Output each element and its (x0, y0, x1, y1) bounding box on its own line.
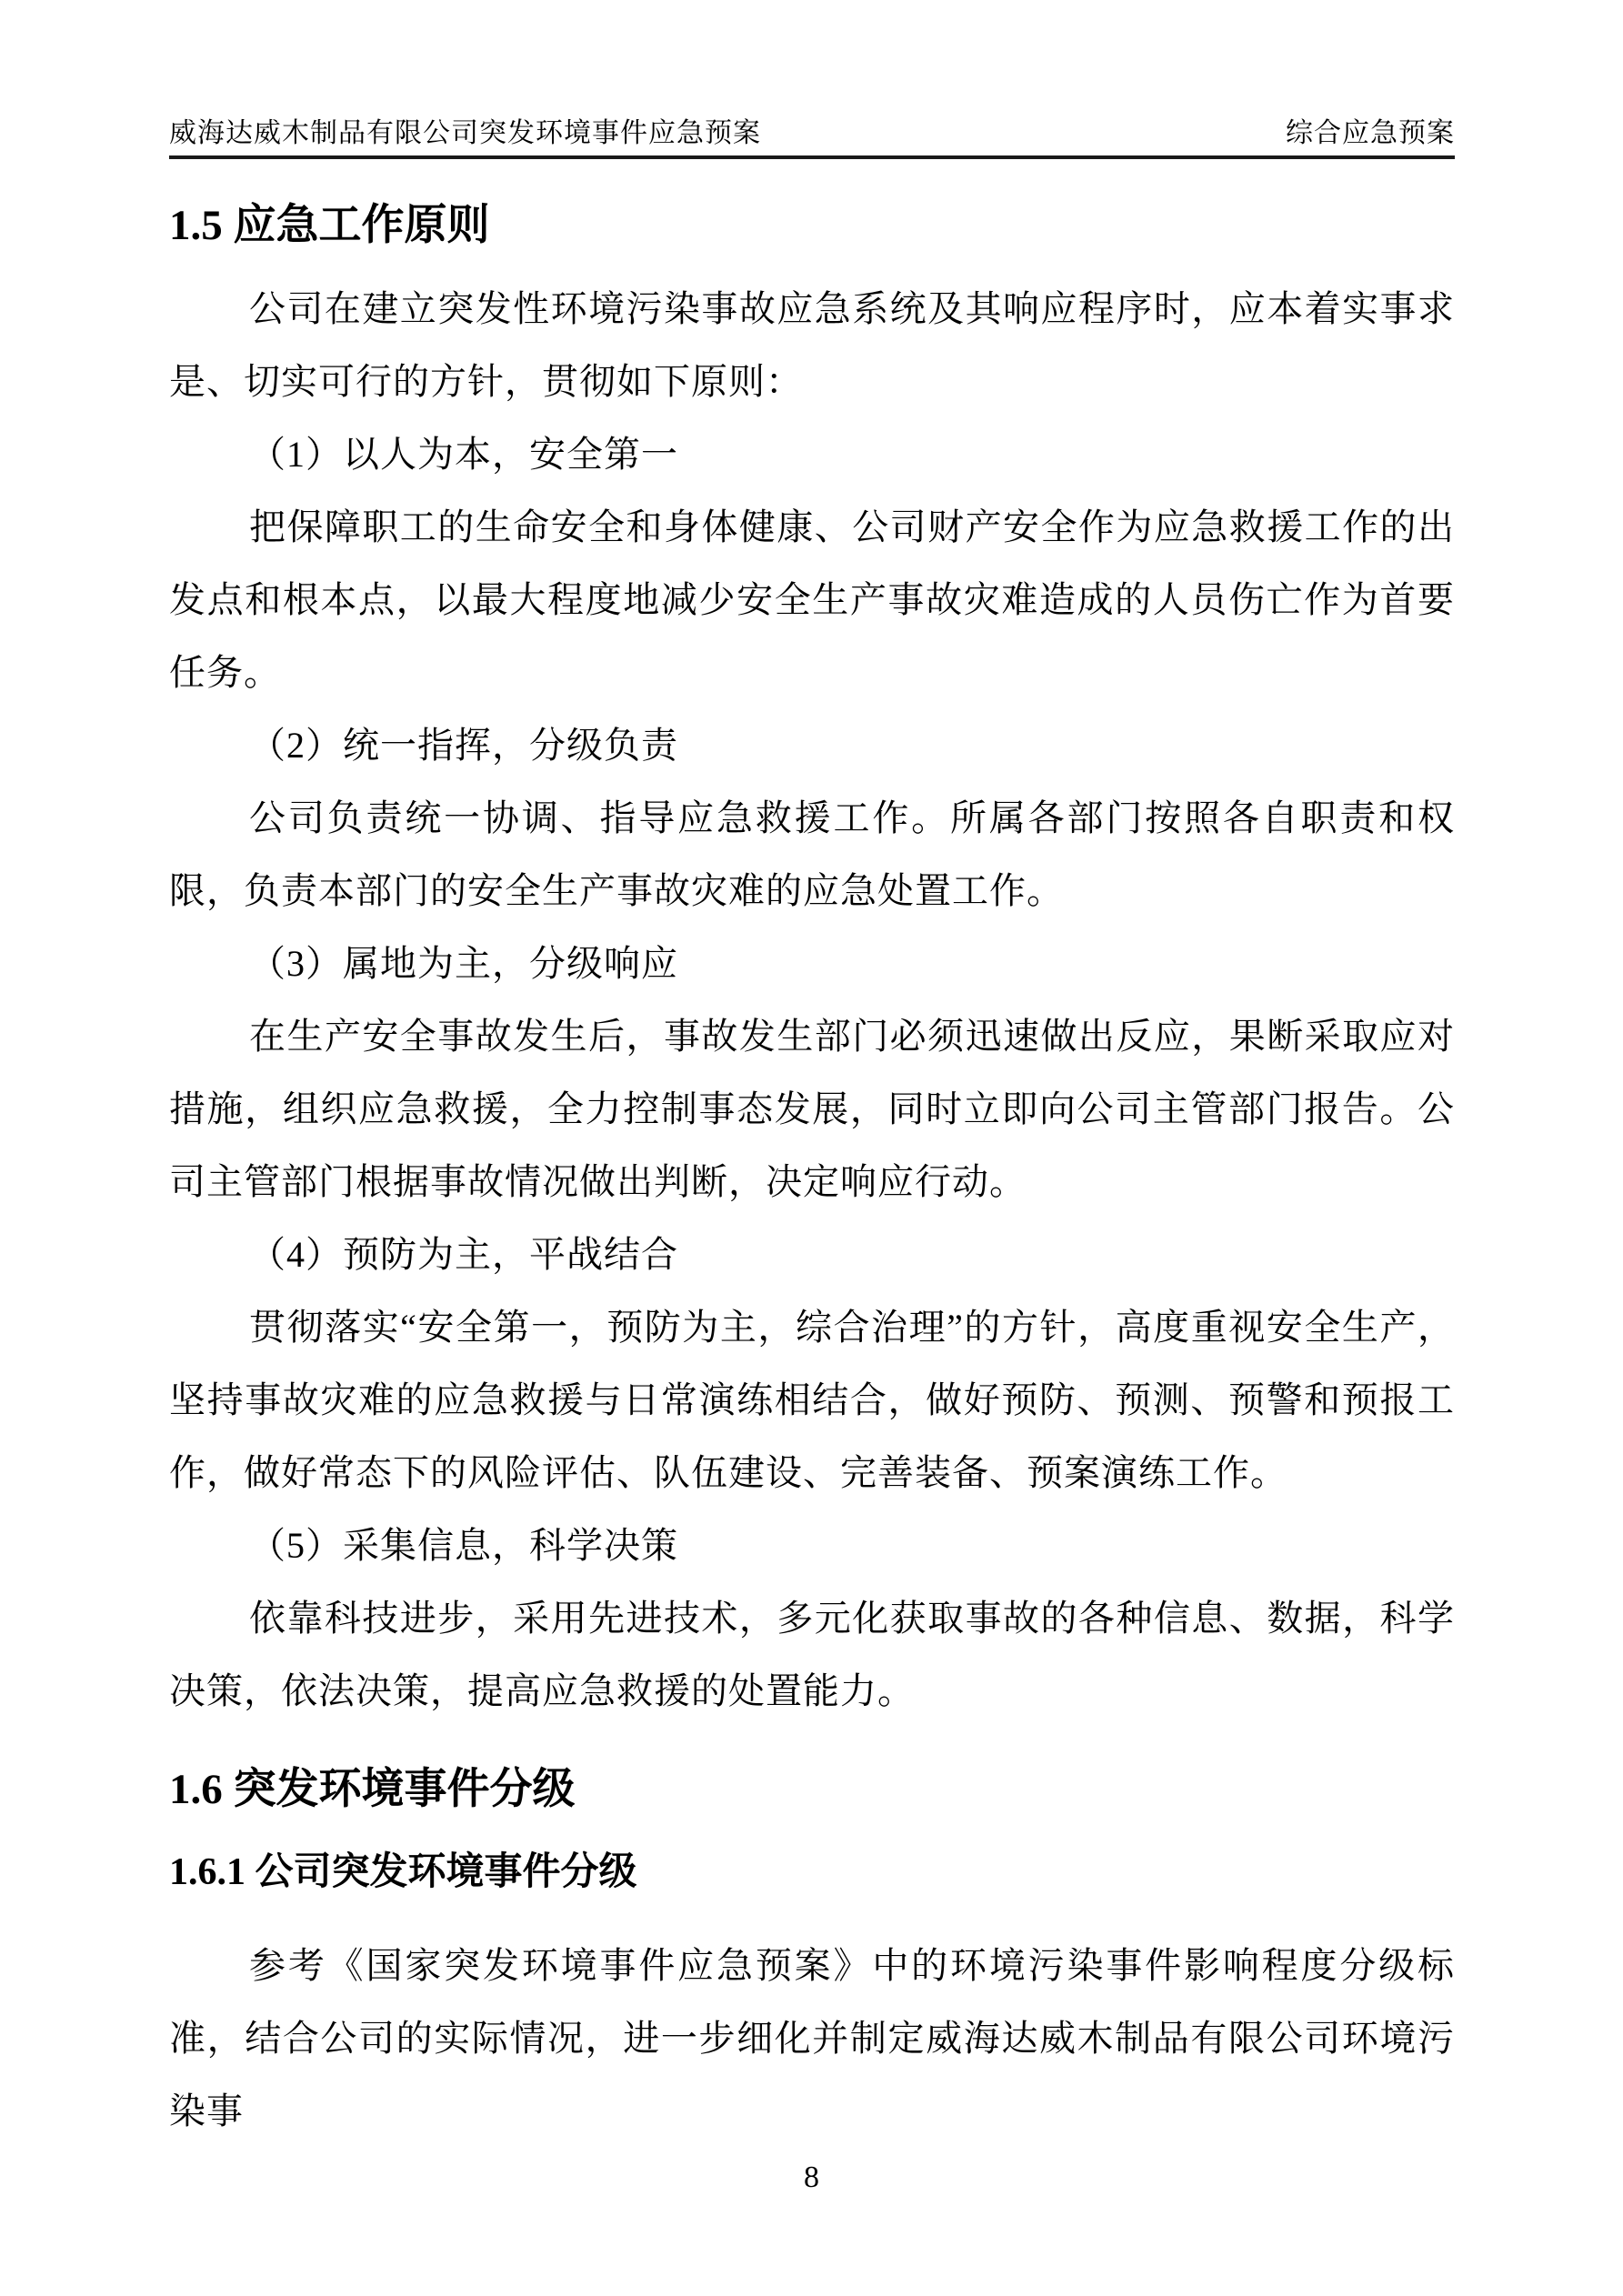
header-right-title: 综合应急预案 (1286, 116, 1455, 151)
list-item-4: （4）预防为主，平战结合 (169, 1218, 1455, 1291)
section-heading-1-6: 1.6 突发环境事件分级 (169, 1764, 1455, 1815)
list-item-1: （1）以人为本，安全第一 (169, 418, 1455, 491)
page-footer: 8 (0, 2160, 1623, 2196)
paragraph: 贯彻落实“安全第一，预防为主，综合治理”的方针，高度重视安全生产，坚持事故灾难的… (169, 1291, 1455, 1509)
paragraph: 在生产安全事故发生后，事故发生部门必须迅速做出反应，果断采取应对措施，组织应急救… (169, 1000, 1455, 1218)
section-heading-1-6-1: 1.6.1 公司突发环境事件分级 (169, 1848, 1455, 1897)
paragraph: 参考《国家突发环境事件应急预案》中的环境污染事件影响程度分级标准，结合公司的实际… (169, 1930, 1455, 2148)
section-heading-1-5: 1.5 应急工作原则 (169, 200, 1455, 251)
page-number: 8 (804, 2161, 819, 2194)
document-body: 1.5 应急工作原则 公司在建立突发性环境污染事故应急系统及其响应程序时，应本着… (169, 182, 1455, 2148)
document-page: 威海达威木制品有限公司突发环境事件应急预案 综合应急预案 1.5 应急工作原则 … (0, 0, 1623, 2296)
paragraph: 把保障职工的生命安全和身体健康、公司财产安全作为应急救援工作的出发点和根本点，以… (169, 491, 1455, 709)
paragraph: 依靠科技进步，采用先进技术，多元化获取事故的各种信息、数据，科学决策，依法决策，… (169, 1582, 1455, 1728)
paragraph: 公司在建立突发性环境污染事故应急系统及其响应程序时，应本着实事求是、切实可行的方… (169, 273, 1455, 418)
running-header: 威海达威木制品有限公司突发环境事件应急预案 综合应急预案 (169, 116, 1455, 159)
paragraph: 公司负责统一协调、指导应急救援工作。所属各部门按照各自职责和权限，负责本部门的安… (169, 782, 1455, 927)
list-item-3: （3）属地为主，分级响应 (169, 927, 1455, 1000)
list-item-5: （5）采集信息，科学决策 (169, 1509, 1455, 1582)
list-item-2: （2）统一指挥，分级负责 (169, 709, 1455, 782)
header-left-title: 威海达威木制品有限公司突发环境事件应急预案 (169, 116, 761, 151)
